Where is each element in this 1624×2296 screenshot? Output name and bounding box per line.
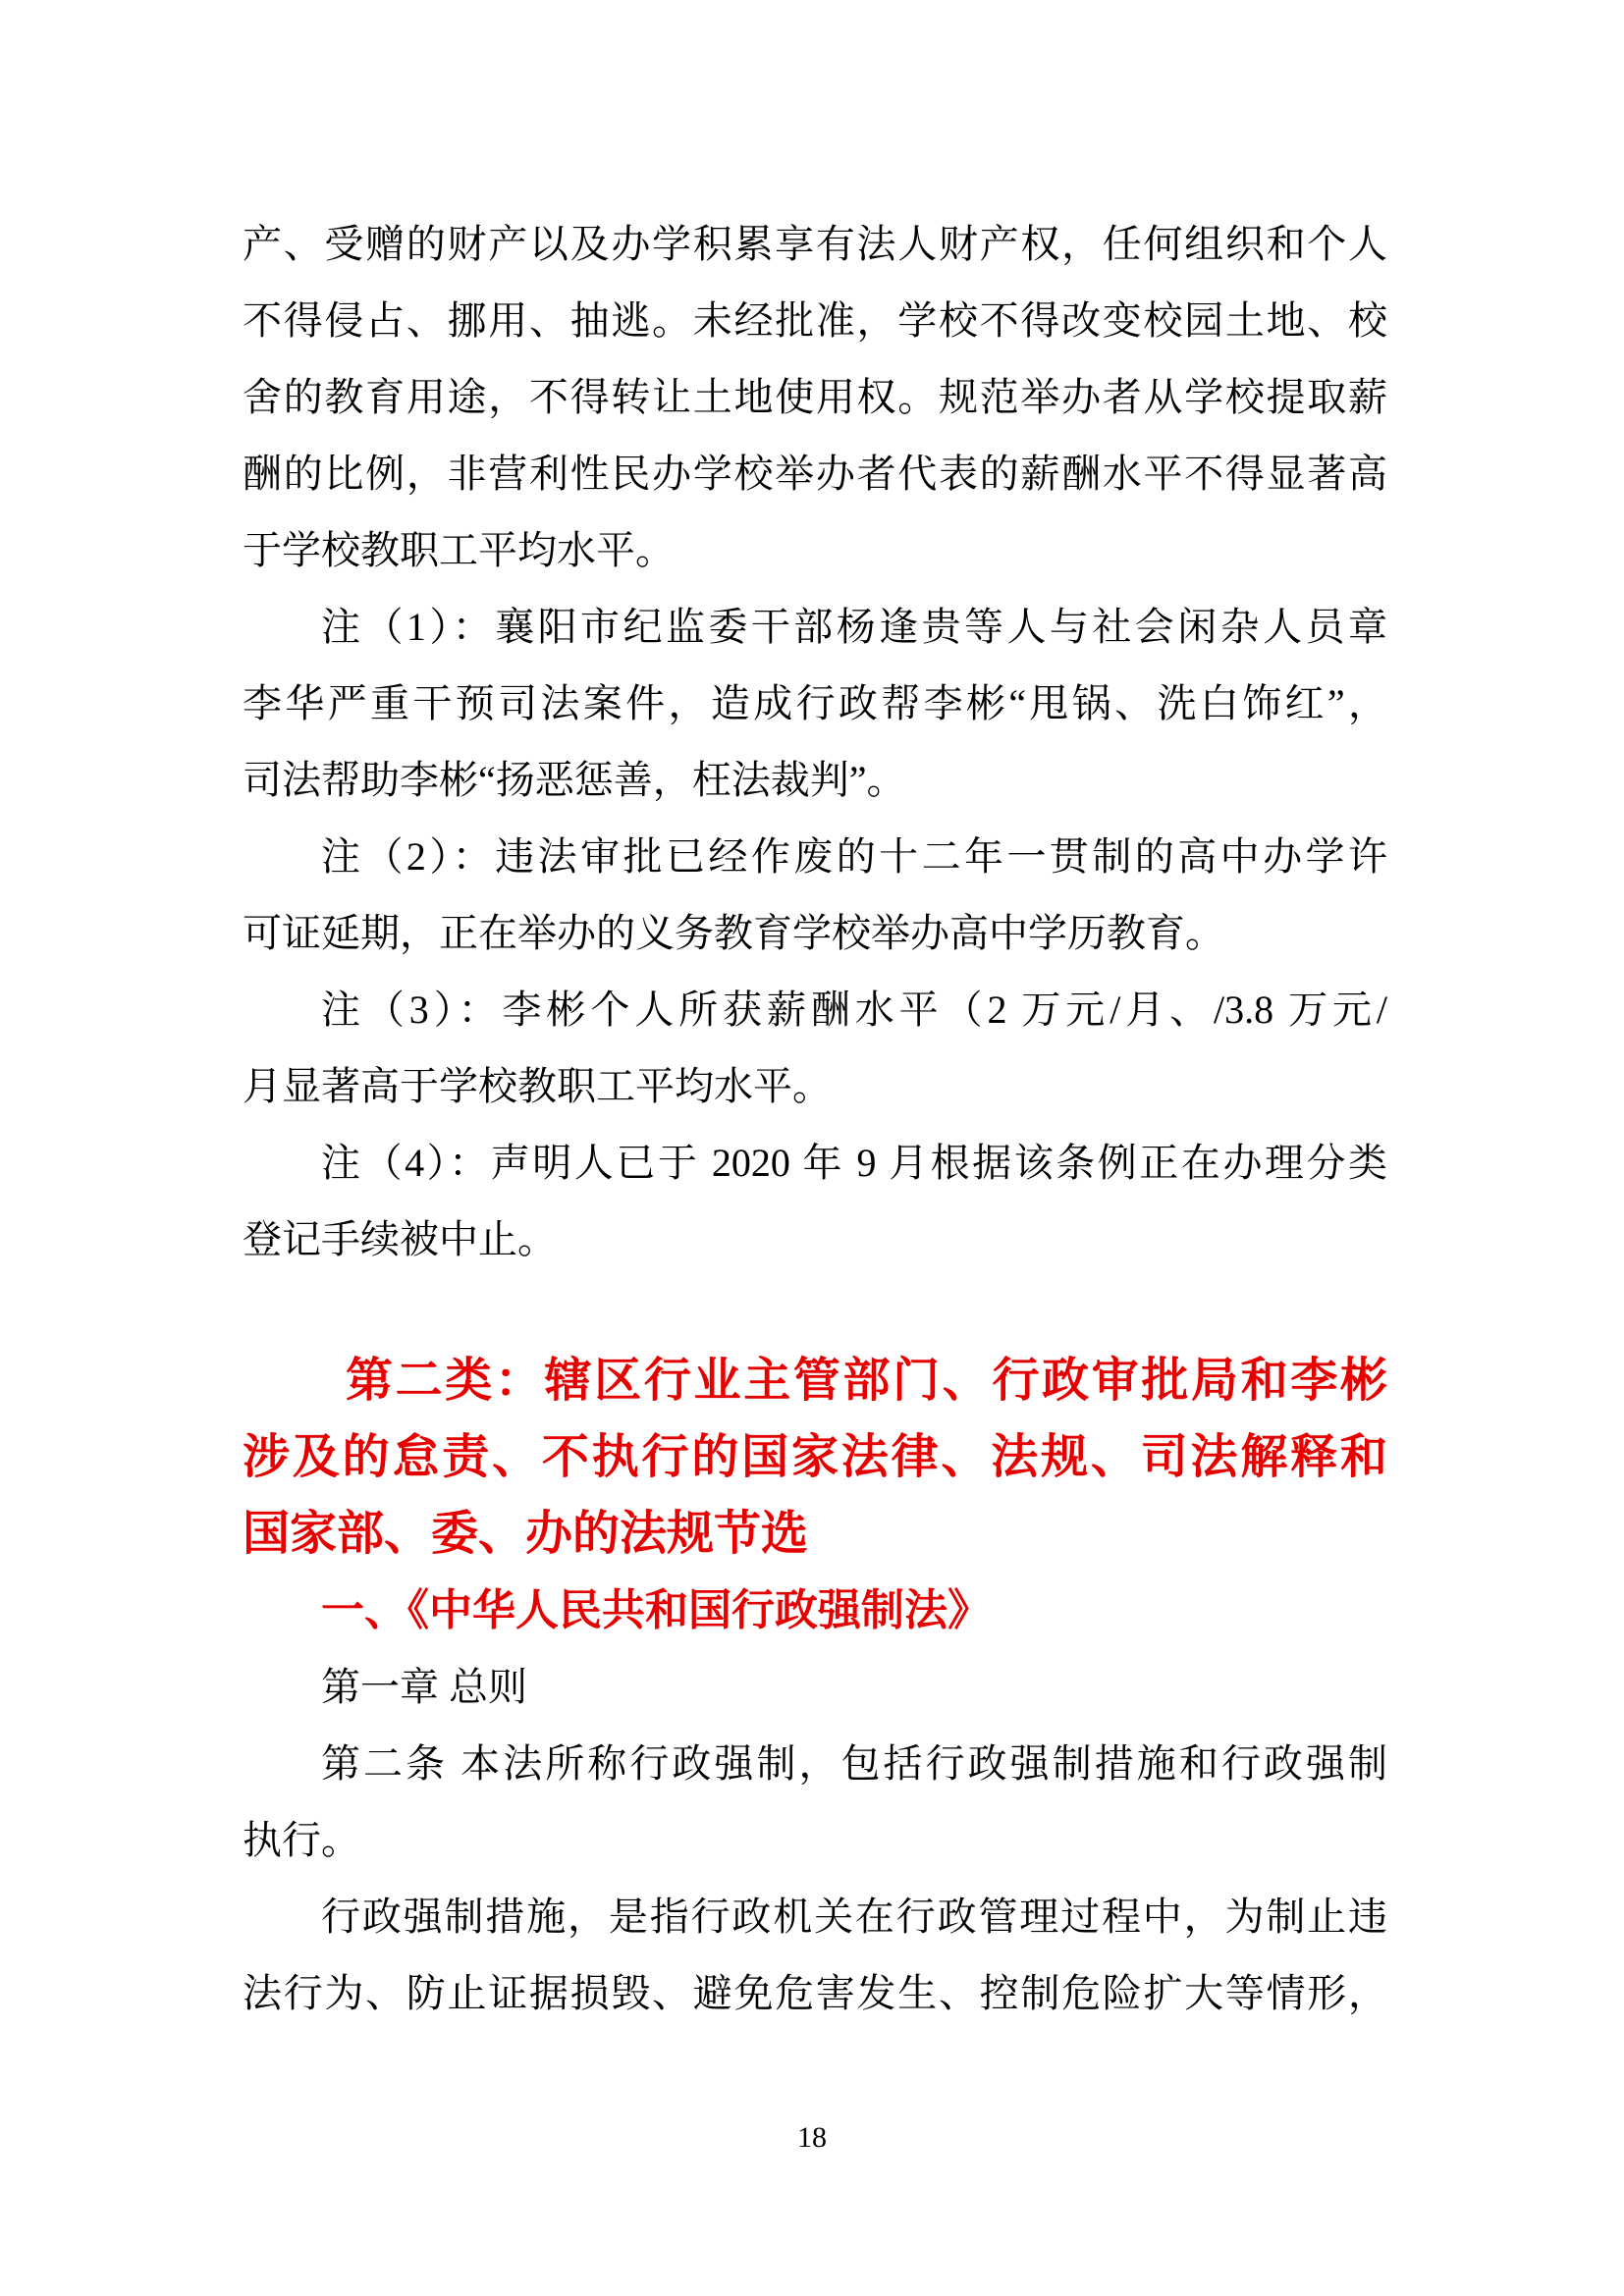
section-gap	[243, 1278, 1387, 1343]
document-page: 产、受赠的财产以及办学积累享有法人财产权，任何组织和个人 不得侵占、挪用、抽逃。…	[243, 206, 1387, 2032]
section-heading-line: 第二类：辖区行业主管部门、行政审批局和李彬	[243, 1343, 1387, 1419]
note-1-line: 司法帮助李彬“扬恶惩善，枉法裁判”。	[243, 742, 1387, 819]
body-line: 不得侵占、挪用、抽逃。未经批准，学校不得改变校园土地、校	[243, 283, 1387, 359]
note-3-line: 月显著高于学校教职工平均水平。	[243, 1048, 1387, 1125]
note-1-line: 李华严重干预司法案件，造成行政帮李彬“甩锅、洗白饰红”，	[243, 666, 1387, 742]
section-heading-line: 涉及的怠责、不执行的国家法律、法规、司法解释和	[243, 1419, 1387, 1496]
section-heading-line: 国家部、委、办的法规节选	[243, 1496, 1387, 1573]
note-2-line: 可证延期，正在举办的义务教育学校举办高中学历教育。	[243, 895, 1387, 972]
law-article-line: 法行为、防止证据损毁、避免危害发生、控制危险扩大等情形，	[243, 1955, 1387, 2032]
note-3-line: 注（3）：李彬个人所获薪酬水平（2 万元/月、/3.8 万元/	[243, 972, 1387, 1048]
note-1-line: 注（1）：襄阳市纪监委干部杨逢贵等人与社会闲杂人员章	[243, 589, 1387, 666]
law-article-line: 第二条 本法所称行政强制，包括行政强制措施和行政强制	[243, 1726, 1387, 1802]
law-title: 一、《中华人民共和国行政强制法》	[243, 1573, 1387, 1649]
law-chapter-line: 第一章 总则	[243, 1649, 1387, 1726]
body-line: 于学校教职工平均水平。	[243, 512, 1387, 589]
law-article-line: 行政强制措施，是指行政机关在行政管理过程中，为制止违	[243, 1879, 1387, 1955]
body-line: 产、受赠的财产以及办学积累享有法人财产权，任何组织和个人	[243, 206, 1387, 283]
body-line: 舍的教育用途，不得转让土地使用权。规范举办者从学校提取薪	[243, 359, 1387, 436]
note-2-line: 注（2）：违法审批已经作废的十二年一贯制的高中办学许	[243, 819, 1387, 895]
page-number: 18	[0, 2118, 1624, 2158]
law-article-line: 执行。	[243, 1802, 1387, 1879]
body-line: 酬的比例，非营利性民办学校举办者代表的薪酬水平不得显著高	[243, 436, 1387, 512]
note-4-line: 注（4）：声明人已于 2020 年 9 月根据该条例正在办理分类	[243, 1125, 1387, 1201]
note-4-line: 登记手续被中止。	[243, 1201, 1387, 1278]
